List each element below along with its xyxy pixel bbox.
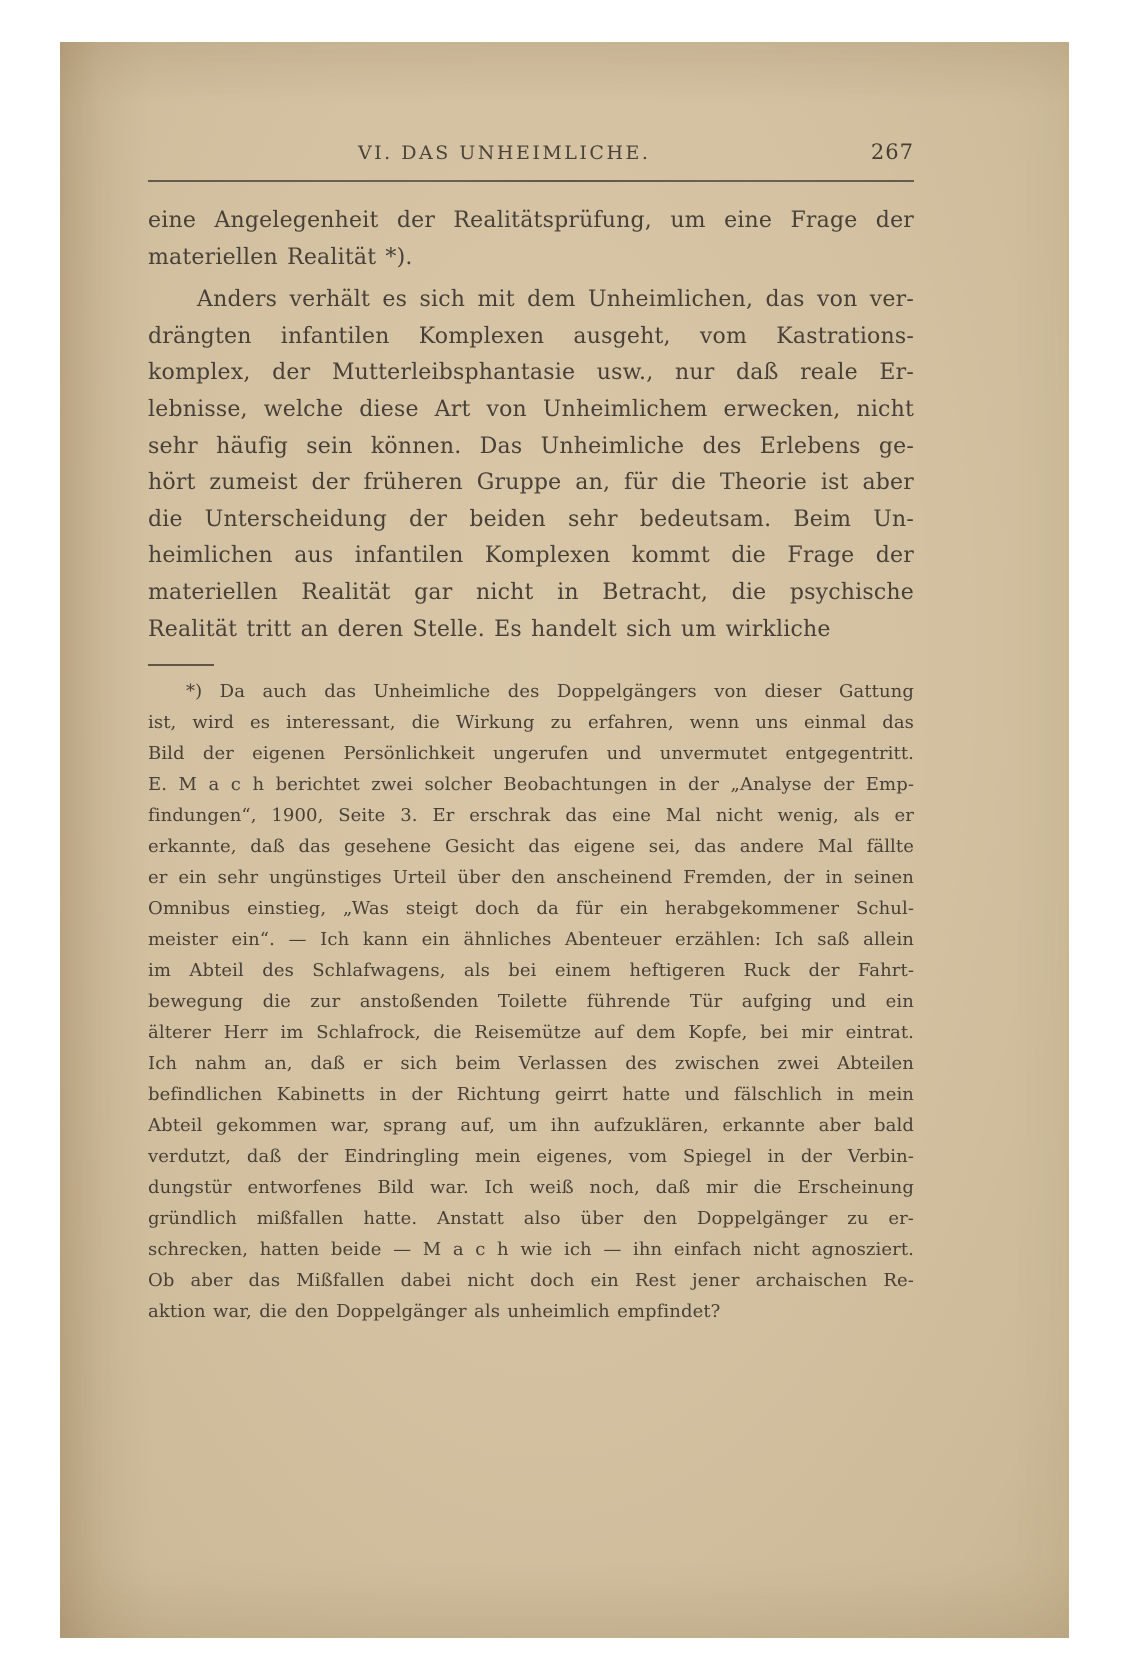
- paragraph-1: eine Angelegenheit der Realitätsprüfung,…: [148, 203, 914, 276]
- footnote-line: findungen“, 1900, Seite 3. Er erschrak d…: [148, 800, 914, 831]
- footnote-line: Ob aber das Mißfallen dabei nicht doch e…: [148, 1265, 914, 1296]
- text-line: hört zumeist der früheren Gruppe an, für…: [148, 465, 914, 502]
- text-line: eine Angelegenheit der Realitätsprüfung,…: [148, 203, 914, 240]
- text-line: lebnisse, welche diese Art von Unheimlic…: [148, 392, 914, 429]
- text-line: materiellen Realität *).: [148, 240, 914, 277]
- text-line: die Unterscheidung der beiden sehr bedeu…: [148, 502, 914, 539]
- footnote-line: schrecken, hatten beide — M a c h wie ic…: [148, 1234, 914, 1265]
- page-header: VI. DAS UNHEIMLICHE. 267: [148, 140, 914, 168]
- paragraph-2: Anders verhält es sich mit dem Unheimlic…: [148, 282, 914, 648]
- scan-background: VI. DAS UNHEIMLICHE. 267 eine Angelegenh…: [0, 0, 1124, 1678]
- footnote-line: gründlich mißfallen hatte. Anstatt also …: [148, 1203, 914, 1234]
- page-content: VI. DAS UNHEIMLICHE. 267 eine Angelegenh…: [60, 42, 1069, 1327]
- main-text: eine Angelegenheit der Realitätsprüfung,…: [148, 203, 914, 648]
- running-head-title: VI. DAS UNHEIMLICHE.: [358, 142, 651, 164]
- footnote-line: im Abteil des Schlafwagens, als bei eine…: [148, 955, 914, 986]
- footnote-line: älterer Herr im Schlafrock, die Reisemüt…: [148, 1017, 914, 1048]
- footnote-line: Bild der eigenen Persönlichkeit ungerufe…: [148, 738, 914, 769]
- footnote-line: *) Da auch das Unheimliche des Doppelgän…: [148, 676, 914, 707]
- text-line: materiellen Realität gar nicht in Betrac…: [148, 575, 914, 612]
- header-rule: [148, 180, 914, 182]
- footnote-line: aktion war, die den Doppelgänger als unh…: [148, 1296, 914, 1327]
- footnote-line: bewegung die zur anstoßenden Toilette fü…: [148, 986, 914, 1017]
- footnote-line: dungstür entworfenes Bild war. Ich weiß …: [148, 1172, 914, 1203]
- footnote: *) Da auch das Unheimliche des Doppelgän…: [148, 676, 914, 1327]
- text-line: drängten infantilen Komplexen ausgeht, v…: [148, 319, 914, 356]
- text-line: Realität tritt an deren Stelle. Es hande…: [148, 612, 914, 649]
- footnote-line: Omnibus einstieg, „Was steigt doch da fü…: [148, 893, 914, 924]
- footnote-line: Abteil gekommen war, sprang auf, um ihn …: [148, 1110, 914, 1141]
- footnote-line: meister ein“. — Ich kann ein ähnliches A…: [148, 924, 914, 955]
- footnote-line: ist, wird es interessant, die Wirkung zu…: [148, 707, 914, 738]
- text-line: heimlichen aus infantilen Komplexen komm…: [148, 538, 914, 575]
- footnote-line: er ein sehr ungünstiges Urteil über den …: [148, 862, 914, 893]
- footnote-line: verdutzt, daß der Eindringling mein eige…: [148, 1141, 914, 1172]
- book-page: VI. DAS UNHEIMLICHE. 267 eine Angelegenh…: [60, 42, 1069, 1638]
- footnote-separator-rule: [148, 664, 214, 666]
- text-line: Anders verhält es sich mit dem Unheimlic…: [148, 282, 914, 319]
- text-line: sehr häufig sein können. Das Unheimliche…: [148, 429, 914, 466]
- footnote-line: befindlichen Kabinetts in der Richtung g…: [148, 1079, 914, 1110]
- footnote-line: erkannte, daß das gesehene Gesicht das e…: [148, 831, 914, 862]
- page-number: 267: [871, 140, 914, 164]
- text-line: komplex, der Mutterleibsphantasie usw., …: [148, 355, 914, 392]
- footnote-line: E. M a c h berichtet zwei solcher Beobac…: [148, 769, 914, 800]
- footnote-line: Ich nahm an, daß er sich beim Verlassen …: [148, 1048, 914, 1079]
